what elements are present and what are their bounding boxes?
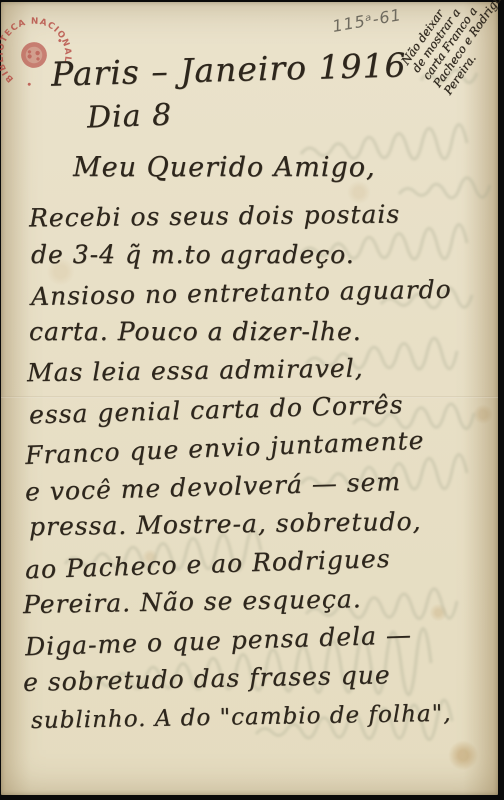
salutation: Meu Querido Amigo, bbox=[73, 152, 490, 183]
letter-line: de 3-4 q̃ m.to agradeço. bbox=[31, 236, 490, 275]
dateline: Paris – Janeiro 1916 bbox=[51, 45, 407, 93]
letter-line: carta. Pouco a dizer-lhe. bbox=[29, 313, 490, 352]
scanned-letter-page: BIBLIOTECA NACIONAL 115ᵃ-61 Não deixar d… bbox=[0, 0, 504, 800]
corner-note: Não deixar de mostrar a carta Franco a P… bbox=[399, 0, 504, 97]
letter-body: Meu Querido Amigo, Recebi os seus dois p… bbox=[1, 152, 490, 736]
letter-line: sublinho. A do "cambio de folha", bbox=[31, 693, 491, 740]
letter-line: Recebi os seus dois postais bbox=[29, 195, 490, 238]
letter-paper: BIBLIOTECA NACIONAL 115ᵃ-61 Não deixar d… bbox=[1, 2, 498, 795]
day-line: Dia 8 bbox=[86, 98, 172, 136]
letter-line: Ansioso no entretanto aguardo bbox=[31, 270, 491, 317]
catalog-number: 115ᵃ-61 bbox=[331, 5, 403, 36]
